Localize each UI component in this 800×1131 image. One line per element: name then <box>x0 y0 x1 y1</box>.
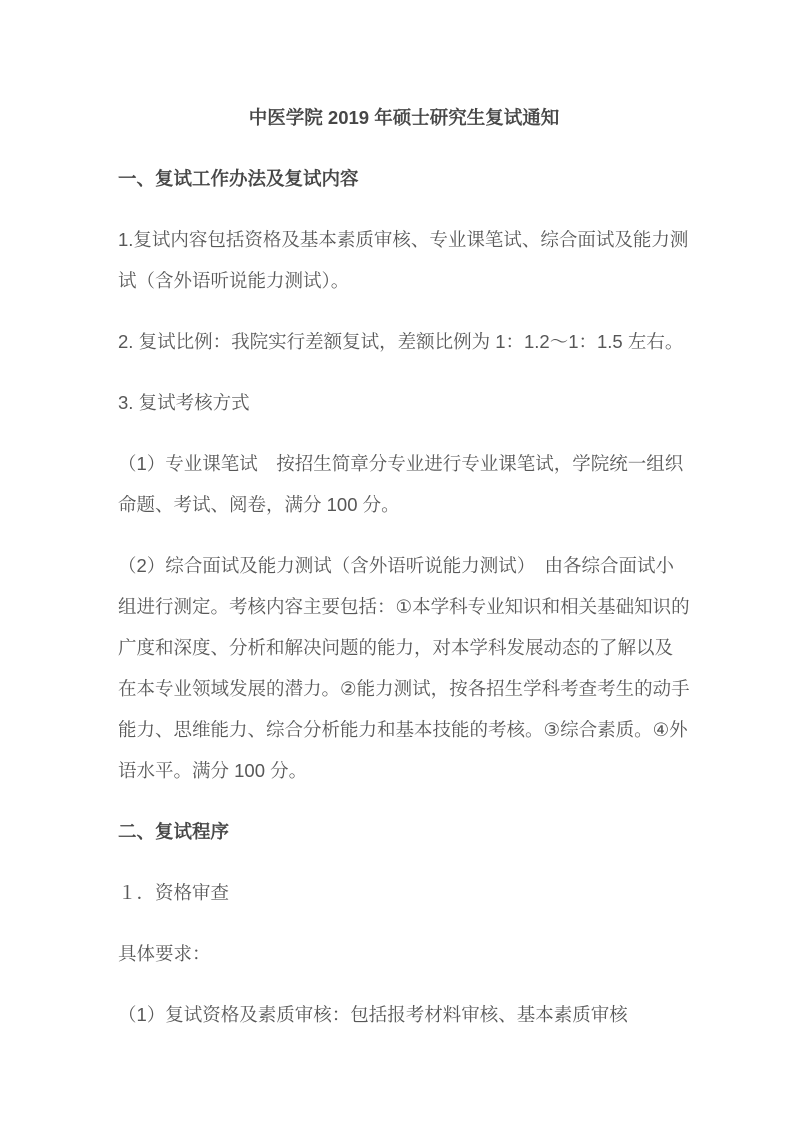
section-1-paragraph-4: （1）专业课笔试 按招生简章分专业进行专业课笔试，学院统一组织命题、考试、阅卷，… <box>118 443 690 525</box>
section-1-paragraph-3: 3. 复试考核方式 <box>118 382 690 423</box>
section-2-paragraph-3: （1）复试资格及素质审核：包括报考材料审核、基本素质审核 <box>118 994 690 1035</box>
document-title: 中医学院 2019 年硕士研究生复试通知 <box>118 97 690 138</box>
section-2-paragraph-2: 具体要求： <box>118 933 690 974</box>
document-page: 中医学院 2019 年硕士研究生复试通知 一、复试工作办法及复试内容 1.复试内… <box>0 0 800 1131</box>
section-1-heading: 一、复试工作办法及复试内容 <box>118 158 690 199</box>
section-1-paragraph-1: 1.复试内容包括资格及基本素质审核、专业课笔试、综合面试及能力测试（含外语听说能… <box>118 219 690 301</box>
section-2-heading: 二、复试程序 <box>118 811 690 852</box>
section-2-paragraph-1: １．资格审查 <box>118 872 690 913</box>
section-1-paragraph-5: （2）综合面试及能力测试（含外语听说能力测试） 由各综合面试小组进行测定。考核内… <box>118 545 690 791</box>
section-1-paragraph-2: 2. 复试比例：我院实行差额复试，差额比例为 1：1.2～1：1.5 左右。 <box>118 321 690 362</box>
